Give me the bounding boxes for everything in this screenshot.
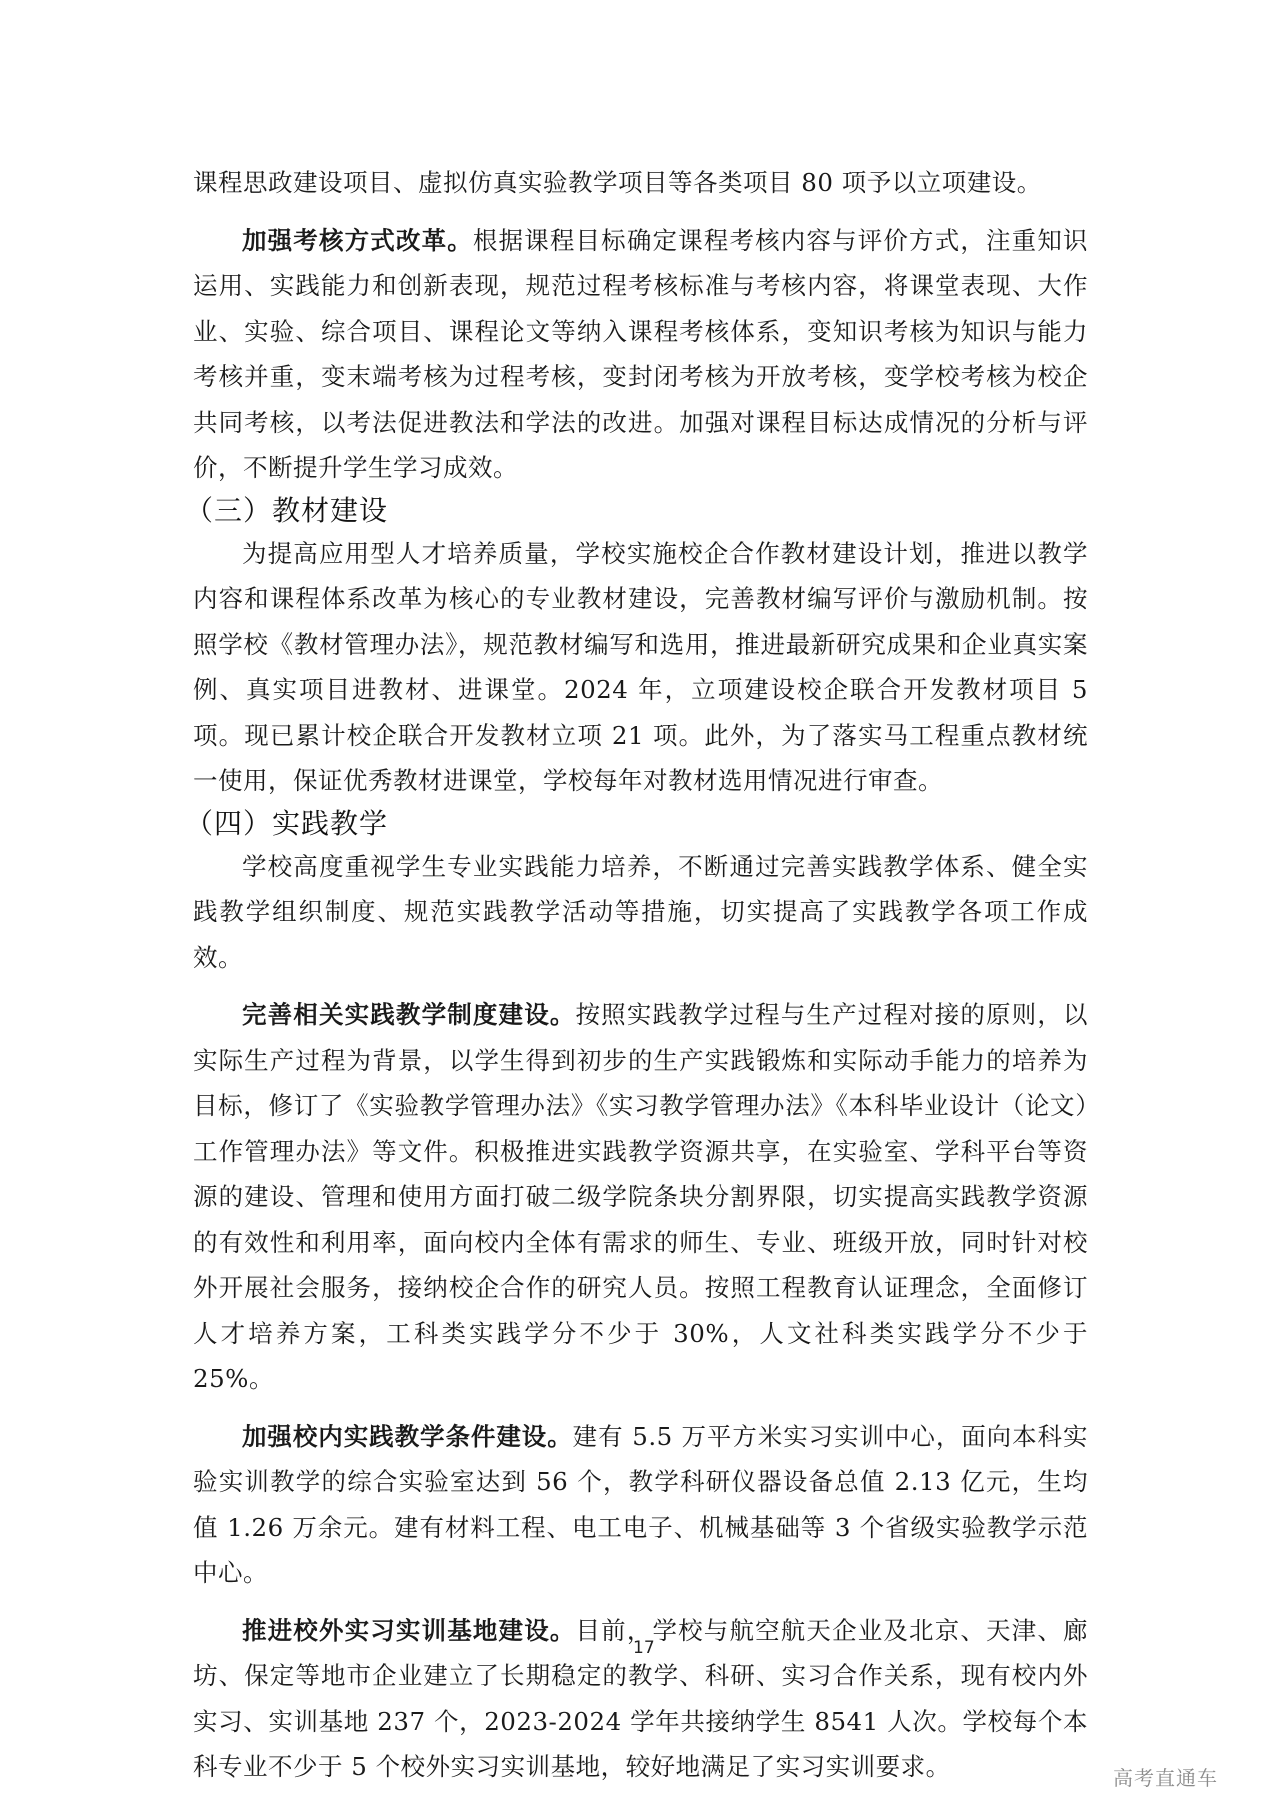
paragraph-practical-overview: 学校高度重视学生专业实践能力培养，不断通过完善实践教学体系、健全实践教学组织制度… — [193, 844, 1088, 981]
page-number-label: 17 — [633, 1638, 655, 1658]
watermark: 高考直通车 — [1113, 1762, 1218, 1791]
paragraph-textbook-construction: 为提高应用型人才培养质量，学校实施校企合作教材建设计划，推进以教学内容和课程体系… — [193, 531, 1088, 804]
document-page: 课程思政建设项目、虚拟仿真实验教学项目等各类项目 80 项予以立项建设。 加强考… — [193, 160, 1088, 1790]
paragraph-lead-bold: 加强考核方式改革。 — [242, 226, 473, 255]
section-heading-practical-teaching: （四）实践教学 — [185, 804, 1088, 844]
paragraph-lead-bold: 加强校内实践教学条件建设。 — [242, 1422, 573, 1451]
paragraph-body: 根据课程目标确定课程考核内容与评价方式，注重知识运用、实践能力和创新表现，规范过… — [193, 226, 1088, 483]
paragraph-body: 按照实践教学过程与生产过程对接的原则，以实际生产过程为背景，以学生得到初步的生产… — [193, 1000, 1088, 1393]
paragraph-lead-bold: 完善相关实践教学制度建设。 — [242, 1000, 576, 1029]
paragraph-offcampus-bases: 推进校外实习实训基地建设。目前，学校与航空航天企业及北京、天津、廊坊、保定等地市… — [193, 1608, 1088, 1790]
paragraph-lead-bold: 推进校外实习实训基地建设。 — [242, 1616, 576, 1645]
paragraph-assessment-reform: 加强考核方式改革。根据课程目标确定课程考核内容与评价方式，注重知识运用、实践能力… — [193, 218, 1088, 491]
paragraph-practical-system: 完善相关实践教学制度建设。按照实践教学过程与生产过程对接的原则，以实际生产过程为… — [193, 992, 1088, 1402]
paragraph-course-projects: 课程思政建设项目、虚拟仿真实验教学项目等各类项目 80 项予以立项建设。 — [193, 160, 1088, 206]
section-heading-textbooks: （三）教材建设 — [185, 491, 1088, 531]
paragraph-oncampus-conditions: 加强校内实践教学条件建设。建有 5.5 万平方米实习实训中心，面向本科实验实训教… — [193, 1414, 1088, 1596]
